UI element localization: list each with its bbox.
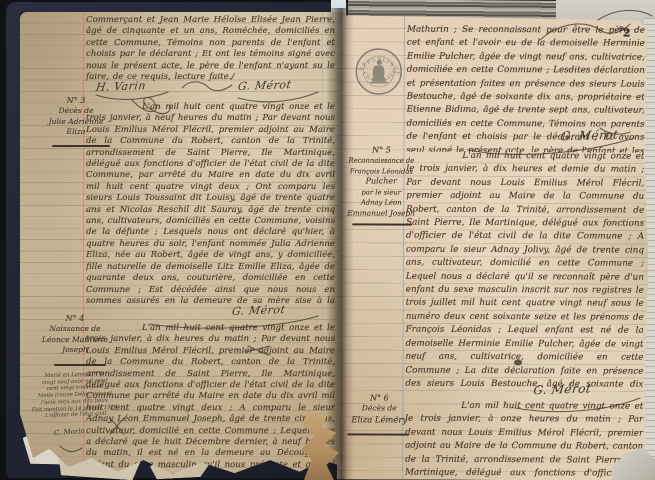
register-left-page: N° 3 Décès de Julie Adrienne Eliza N° 4 … xyxy=(20,12,345,474)
signature-merot: G. Mérot xyxy=(237,78,292,93)
signature-merot-act3: G. Mérot xyxy=(231,303,286,318)
register-right-page: 2 RÉPUBLIQUE FRANÇAISE N° 5 Reconnaissan… xyxy=(337,15,651,480)
signature-merot-act5: G. Mérot xyxy=(532,381,592,397)
act6-opening-paragraph: L'an mil huit cent quatre vingt onze et … xyxy=(405,400,643,480)
act2-ending-paragraph: Commerçant et Jean Marie Héloïse Elisée … xyxy=(86,15,335,81)
signature-varin: H. Varin xyxy=(95,79,147,94)
act4-paragraph: L'an mil huit cent quatre vingt onze et … xyxy=(86,323,335,474)
act-number: N° 4 xyxy=(24,314,126,323)
act5-paragraph: L'an mil huit cent quatre vingt onze et … xyxy=(405,150,644,389)
official-round-stamp: RÉPUBLIQUE FRANÇAISE xyxy=(353,45,405,97)
signature-merot-act4: G. Mérot xyxy=(559,127,619,143)
mention-signature: C. Morin xyxy=(54,427,86,437)
margin-note-underline xyxy=(347,433,409,435)
act3-paragraph: L'an mil huit cent quatre vingt onze et … xyxy=(86,102,335,305)
margin-note-underline xyxy=(352,223,412,225)
